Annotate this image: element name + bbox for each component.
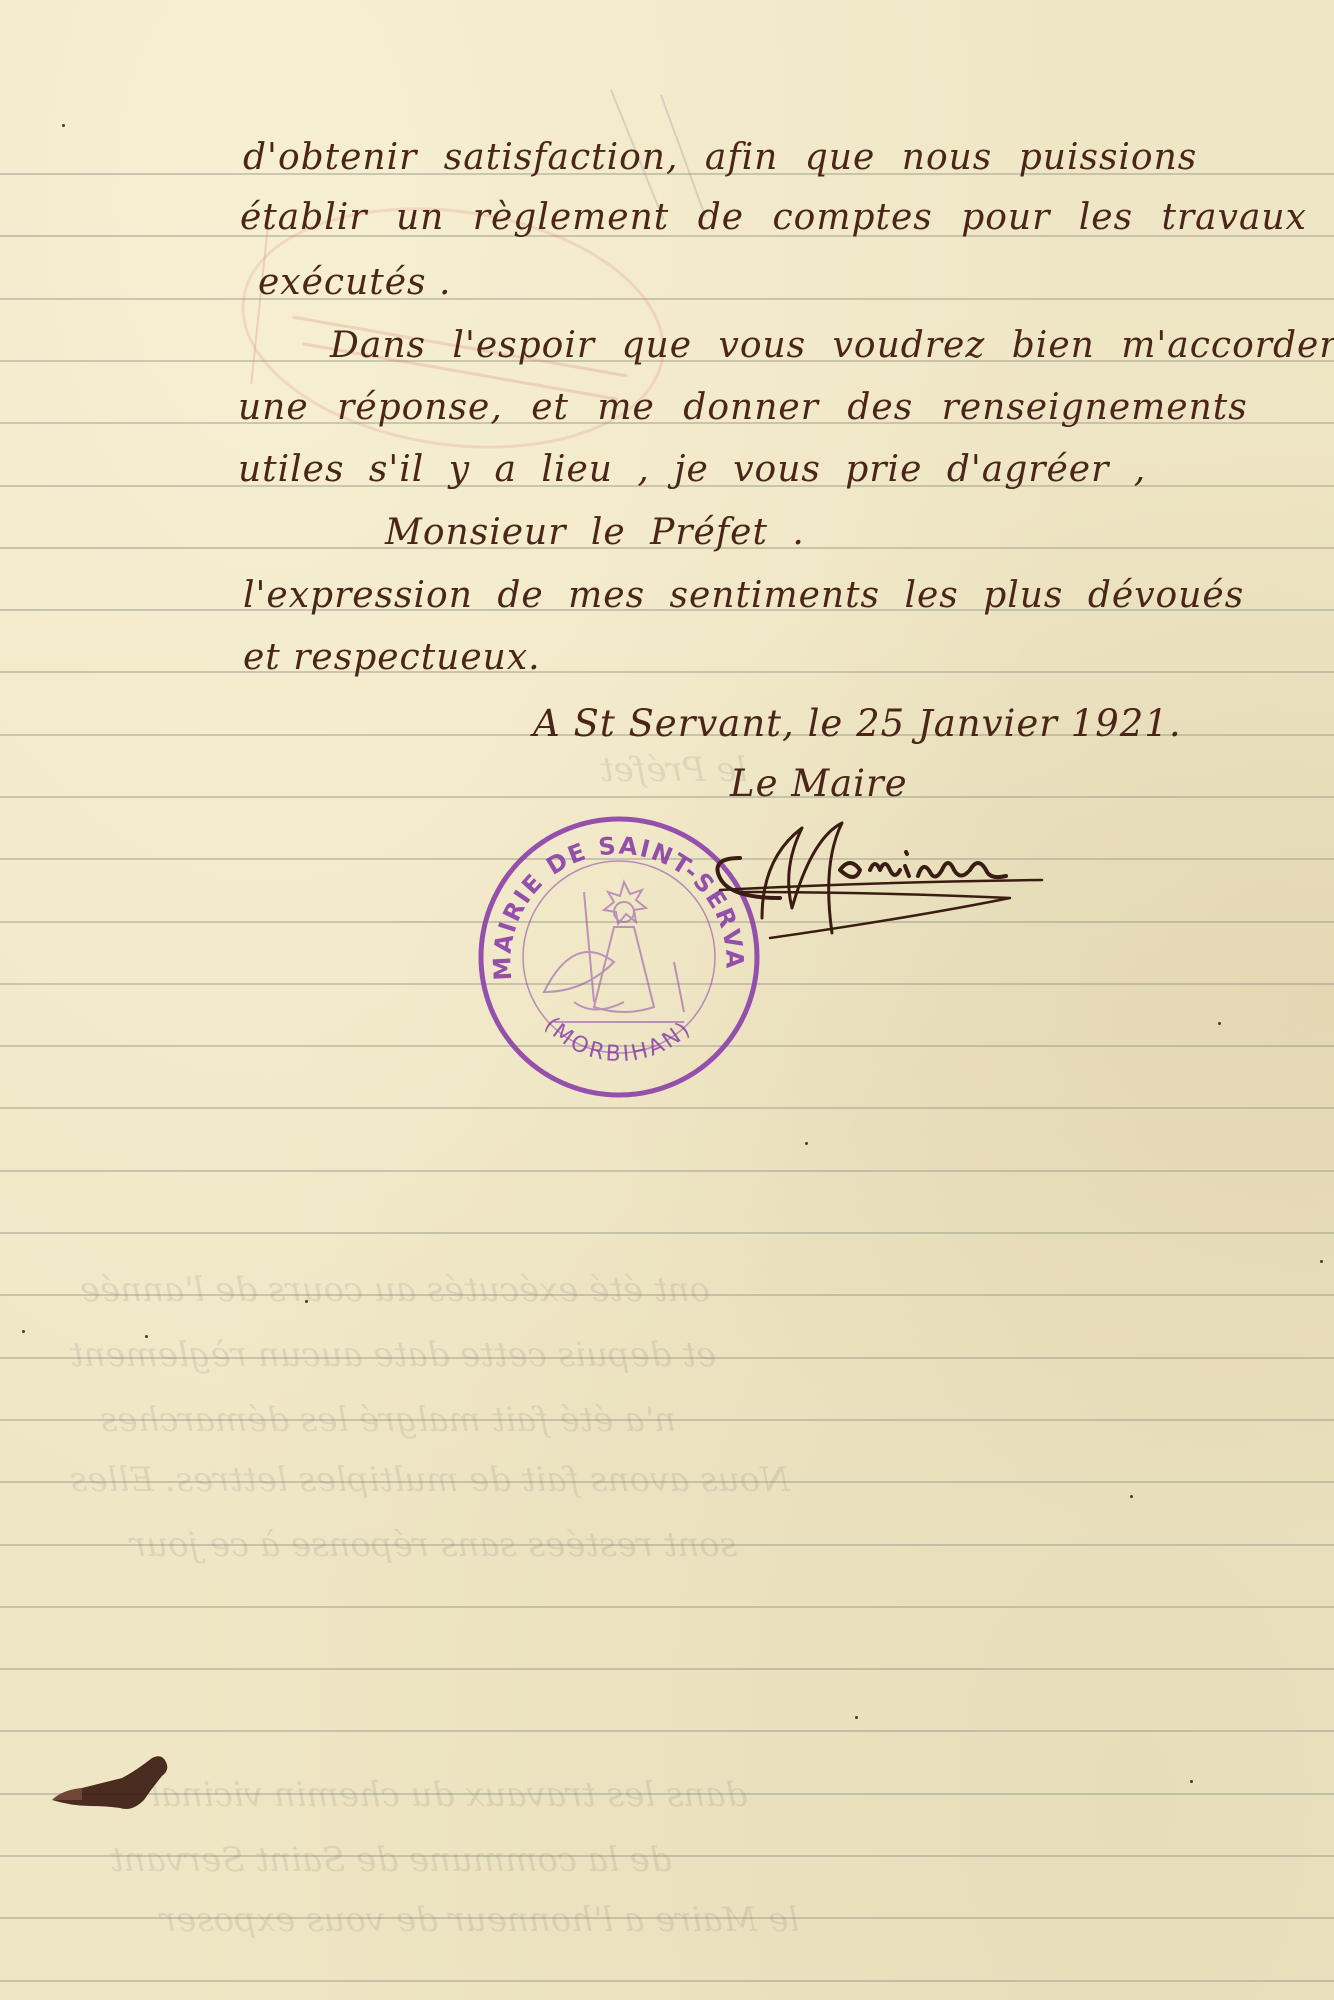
ruled-line (0, 1668, 1334, 1670)
paper-speck (305, 1300, 308, 1303)
signatory-title: Le Maire (730, 765, 908, 802)
svg-text:(MORBIHAN): (MORBIHAN) (539, 1013, 697, 1068)
bleed-through-text: ont été exécutés au cours de l'année (80, 1270, 710, 1310)
paper-speck (805, 1142, 808, 1145)
letter-line-7: Monsieur le Préfet . (385, 515, 805, 551)
paper-speck (1320, 1260, 1323, 1263)
mayor-signature: Moinen (700, 800, 1060, 960)
bleed-through-text: sont restées sans réponse à ce jour (130, 1525, 737, 1565)
ruled-line (0, 671, 1334, 673)
paper-speck (1130, 1495, 1133, 1498)
letter-line-1: d'obtenir satisfaction, afin que nous pu… (243, 140, 1197, 176)
paper-speck (1218, 1022, 1221, 1025)
paper-speck (1190, 1780, 1193, 1783)
paper-speck (855, 1716, 858, 1719)
letter-line-6: utiles s'il y a lieu , je vous prie d'ag… (238, 452, 1146, 488)
letter-line-8: l'expression de mes sentiments les plus … (243, 578, 1244, 614)
stamp-bottom-text: (MORBIHAN) (539, 1013, 697, 1068)
ruled-line (0, 796, 1334, 798)
bleed-through-text: dans les travaux du chemin vicinal (150, 1775, 747, 1815)
letter-line-2: établir un règlement de comptes pour les… (240, 200, 1307, 236)
ruled-line (0, 1170, 1334, 1172)
ink-stain (50, 1755, 175, 1815)
ruled-line (0, 1107, 1334, 1109)
ruled-line (0, 298, 1334, 300)
paper-speck (22, 1330, 25, 1333)
ruled-line (0, 1232, 1334, 1234)
bleed-through-text: Nous avons fait de multiples lettres. El… (70, 1460, 790, 1500)
bleed-through-text: le Préfet (600, 750, 747, 790)
place-and-date: A St Servant, le 25 Janvier 1921. (533, 705, 1182, 742)
letter-line-9: et respectueux. (243, 640, 541, 676)
letter-line-5: une réponse, et me donner des renseignem… (238, 390, 1248, 426)
bleed-through-text: de la commune de Saint Servant (110, 1840, 672, 1880)
bleed-through-text: n'a été fait malgré les démarches (100, 1400, 676, 1440)
bleed-through-text: et depuis cette date aucun règlement (70, 1335, 716, 1375)
letter-line-3: exécutés . (258, 265, 451, 301)
ruled-line (0, 1980, 1334, 1982)
ruled-line (0, 1730, 1334, 1732)
bleed-through-text: le Maire a l'honneur de vous exposer (160, 1900, 799, 1940)
paper-speck (145, 1335, 148, 1338)
paper-speck (62, 124, 65, 127)
ruled-line (0, 1606, 1334, 1608)
letter-line-4: Dans l'espoir que vous voudrez bien m'ac… (330, 328, 1334, 364)
